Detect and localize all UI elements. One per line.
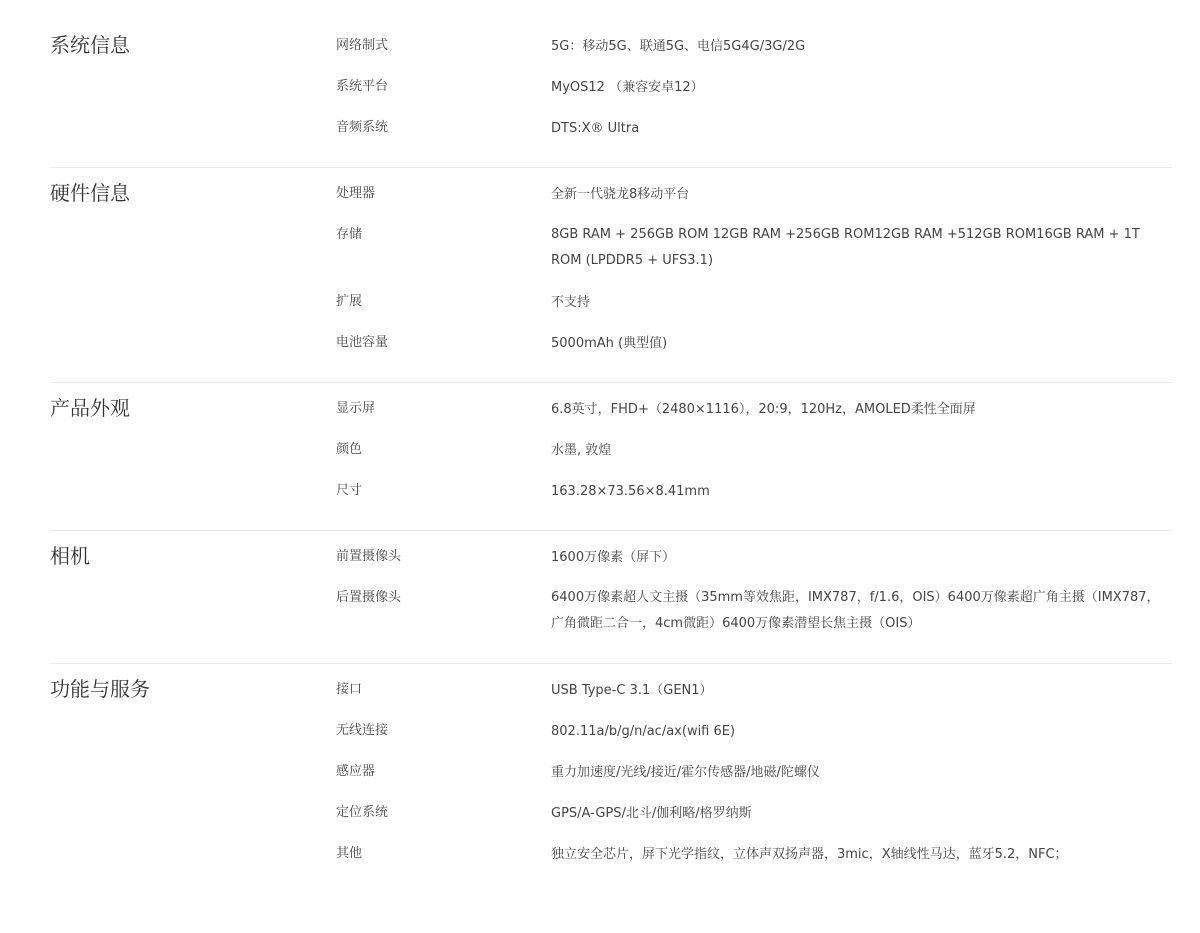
spec-label: 扩展 bbox=[336, 290, 551, 331]
spec-row: 扩展 不支持 bbox=[336, 290, 1172, 331]
spec-label: 无线连接 bbox=[336, 719, 551, 760]
spec-row: 定位系统 GPS/A-GPS/北斗/伽利略/格罗纳斯 bbox=[336, 801, 1172, 842]
spec-row: 处理器 全新一代骁龙8移动平台 bbox=[336, 182, 1172, 223]
spec-label: 定位系统 bbox=[336, 801, 551, 842]
section-hardware-info: 硬件信息 处理器 全新一代骁龙8移动平台 存储 8GB RAM + 256GB … bbox=[50, 168, 1172, 383]
spec-value: USB Type-C 3.1（GEN1） bbox=[551, 678, 1172, 719]
spec-value: 1600万像素（屏下） bbox=[551, 545, 1172, 586]
spec-label: 前置摄像头 bbox=[336, 545, 551, 586]
spec-sheet: 系统信息 网络制式 5G：移动5G、联通5G、电信5G4G/3G/2G 系统平台… bbox=[50, 20, 1172, 893]
spec-value: DTS:X® Ultra bbox=[551, 116, 1172, 157]
section-features-services: 功能与服务 接口 USB Type-C 3.1（GEN1） 无线连接 802.1… bbox=[50, 664, 1172, 893]
spec-row: 无线连接 802.11a/b/g/n/ac/ax(wifi 6E) bbox=[336, 719, 1172, 760]
spec-row: 网络制式 5G：移动5G、联通5G、电信5G4G/3G/2G bbox=[336, 34, 1172, 75]
spec-label: 电池容量 bbox=[336, 331, 551, 372]
spec-value: 重力加速度/光线/接近/霍尔传感器/地磁/陀螺仪 bbox=[551, 760, 1172, 801]
section-title: 功能与服务 bbox=[50, 673, 150, 702]
spec-value: MyOS12 （兼容安卓12） bbox=[551, 75, 1172, 116]
spec-label: 网络制式 bbox=[336, 34, 551, 75]
spec-label: 尺寸 bbox=[336, 479, 551, 520]
spec-value: 不支持 bbox=[551, 290, 1172, 331]
spec-value: 6400万像素超人文主摄（35mm等效焦距，IMX787，f/1.6，OIS）6… bbox=[551, 585, 1172, 653]
spec-label: 感应器 bbox=[336, 760, 551, 801]
spec-value: 802.11a/b/g/n/ac/ax(wifi 6E) bbox=[551, 719, 1172, 760]
section-appearance: 产品外观 显示屏 6.8英寸，FHD+（2480×1116），20:9，120H… bbox=[50, 383, 1172, 531]
spec-row: 尺寸 163.28×73.56×8.41mm bbox=[336, 479, 1172, 520]
spec-value: 5000mAh (典型值) bbox=[551, 331, 1172, 372]
spec-value: 5G：移动5G、联通5G、电信5G4G/3G/2G bbox=[551, 34, 1172, 75]
spec-label: 显示屏 bbox=[336, 397, 551, 438]
section-title: 相机 bbox=[50, 540, 90, 569]
spec-value: 全新一代骁龙8移动平台 bbox=[551, 182, 1172, 223]
spec-row: 其他 独立安全芯片，屏下光学指纹，立体声双扬声器，3mic，X轴线性马达，蓝牙5… bbox=[336, 842, 1172, 883]
spec-label: 系统平台 bbox=[336, 75, 551, 116]
spec-value: 8GB RAM + 256GB ROM 12GB RAM +256GB ROM1… bbox=[551, 222, 1172, 290]
spec-value: 6.8英寸，FHD+（2480×1116），20:9，120Hz，AMOLED柔… bbox=[551, 397, 1172, 438]
spec-row: 后置摄像头 6400万像素超人文主摄（35mm等效焦距，IMX787，f/1.6… bbox=[336, 586, 1172, 653]
spec-label: 其他 bbox=[336, 842, 551, 883]
spec-row: 电池容量 5000mAh (典型值) bbox=[336, 331, 1172, 372]
spec-row: 感应器 重力加速度/光线/接近/霍尔传感器/地磁/陀螺仪 bbox=[336, 760, 1172, 801]
section-camera: 相机 前置摄像头 1600万像素（屏下） 后置摄像头 6400万像素超人文主摄（… bbox=[50, 531, 1172, 664]
spec-row: 颜色 水墨, 敦煌 bbox=[336, 438, 1172, 479]
spec-row: 系统平台 MyOS12 （兼容安卓12） bbox=[336, 75, 1172, 116]
section-title: 产品外观 bbox=[50, 392, 130, 421]
spec-label: 接口 bbox=[336, 678, 551, 719]
spec-row: 显示屏 6.8英寸，FHD+（2480×1116），20:9，120Hz，AMO… bbox=[336, 397, 1172, 438]
spec-row: 接口 USB Type-C 3.1（GEN1） bbox=[336, 678, 1172, 719]
spec-value: 163.28×73.56×8.41mm bbox=[551, 479, 1172, 520]
spec-value: 独立安全芯片，屏下光学指纹，立体声双扬声器，3mic，X轴线性马达，蓝牙5.2，… bbox=[551, 842, 1172, 883]
spec-row: 存储 8GB RAM + 256GB ROM 12GB RAM +256GB R… bbox=[336, 223, 1172, 290]
spec-label: 后置摄像头 bbox=[336, 586, 551, 653]
spec-value: GPS/A-GPS/北斗/伽利略/格罗纳斯 bbox=[551, 801, 1172, 842]
section-title: 系统信息 bbox=[50, 29, 130, 58]
spec-value: 水墨, 敦煌 bbox=[551, 438, 1172, 479]
spec-label: 处理器 bbox=[336, 182, 551, 223]
spec-row: 音频系统 DTS:X® Ultra bbox=[336, 116, 1172, 157]
spec-label: 音频系统 bbox=[336, 116, 551, 157]
spec-label: 存储 bbox=[336, 223, 551, 290]
spec-row: 前置摄像头 1600万像素（屏下） bbox=[336, 545, 1172, 586]
spec-label: 颜色 bbox=[336, 438, 551, 479]
section-system-info: 系统信息 网络制式 5G：移动5G、联通5G、电信5G4G/3G/2G 系统平台… bbox=[50, 20, 1172, 168]
section-title: 硬件信息 bbox=[50, 177, 130, 206]
